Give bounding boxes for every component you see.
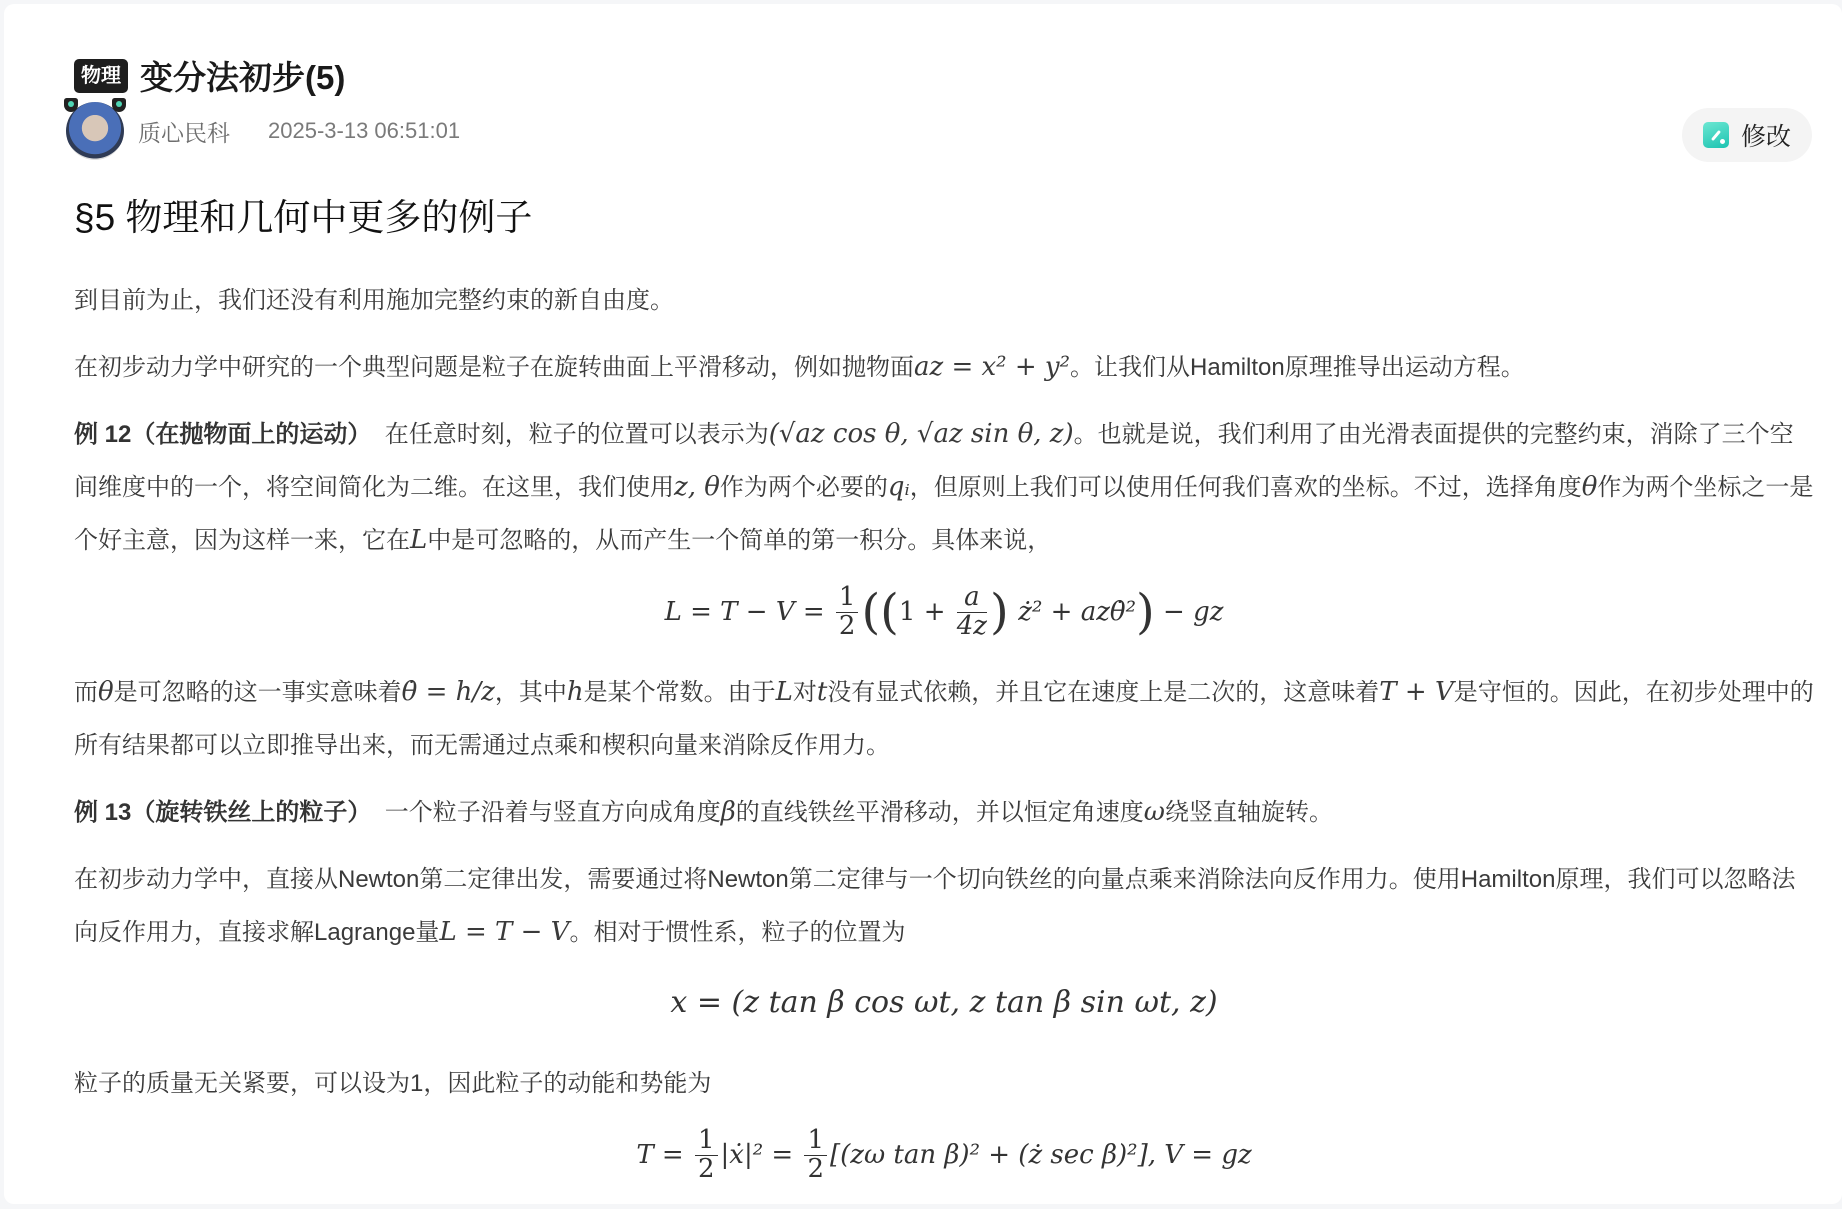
example-13: 例 13（旋转铁丝上的粒子） 一个粒子沿着与竖直方向成角度β的直线铁丝平滑移动，…: [74, 786, 1814, 839]
text: 绕竖直轴旋转。: [1165, 799, 1333, 826]
text: 没有显式依赖，并且它在速度上是二次的，这意味着: [827, 679, 1379, 706]
text: 是可忽略的这一事实意味着: [114, 679, 402, 706]
avatar-ear-icon: [112, 98, 126, 112]
math: 1 +: [899, 597, 954, 627]
denominator: 2: [836, 613, 859, 640]
paragraph: 到目前为止，我们还没有利用施加完整约束的新自由度。: [74, 274, 1814, 327]
fraction: 12: [836, 584, 859, 640]
text: 中是可忽略的，从而产生一个简单的第一积分。具体来说，: [427, 527, 1051, 554]
equation-position: x = (z tan β cos ωt, z tan β sin ωt, z): [74, 973, 1814, 1033]
text: 。相对于惯性系，粒子的位置为: [569, 919, 905, 946]
article-content: §5 物理和几何中更多的例子 到目前为止，我们还没有利用施加完整约束的新自由度。…: [74, 194, 1814, 1182]
author-name[interactable]: 质心民科: [138, 115, 230, 148]
numerator: 1: [695, 1127, 718, 1155]
text: 对: [793, 679, 817, 706]
avatar[interactable]: [66, 102, 124, 160]
equation-energy: T = 12|ẋ|² = 12[(zω tan β)² + (ż sec β)²…: [74, 1124, 1814, 1182]
text: 粒子的质量无关紧要，可以设为1，因此粒子的动能和势能为: [74, 1070, 711, 1097]
example-label: 例 13（旋转铁丝上的粒子）: [74, 799, 371, 826]
paragraph: 在初步动力学中，直接从Newton第二定律出发，需要通过将Newton第二定律与…: [74, 853, 1814, 959]
math-inline: L: [776, 677, 793, 707]
math: [(zω tan β)² + (ż sec β)²], V = gz: [830, 1140, 1252, 1170]
edit-pencil-icon: [1703, 122, 1729, 148]
paragraph: 在初步动力学中研究的一个典型问题是粒子在旋转曲面上平滑移动，例如抛物面az = …: [74, 341, 1814, 394]
math-inline: β: [721, 797, 736, 827]
math-inline: T + V: [1379, 677, 1453, 707]
text: 在初步动力学中研究的一个典型问题是粒子在旋转曲面上平滑移动，例如抛物面: [74, 354, 914, 381]
title-row: 物理 变分法初步(5): [74, 52, 345, 99]
fraction: a4z: [957, 584, 987, 640]
math-inline: θ: [98, 677, 114, 707]
paragraph: 粒子的质量无关紧要，可以设为1，因此粒子的动能和势能为: [74, 1057, 1814, 1110]
math-inline: θ: [1582, 472, 1598, 502]
avatar-ear-icon: [64, 98, 78, 112]
category-tag[interactable]: 物理: [74, 59, 128, 93]
publish-date: 2025-3-13 06:51:01: [268, 118, 460, 144]
math: T =: [636, 1140, 692, 1170]
fraction: 12: [804, 1127, 827, 1182]
edit-button-label: 修改: [1741, 117, 1791, 153]
math-inline: h: [567, 677, 584, 707]
article-card: 物理 变分法初步(5) 质心民科 2025-3-13 06:51:01 修改 §…: [4, 4, 1842, 1182]
text: 。让我们从Hamilton原理推导出运动方程。: [1070, 354, 1525, 381]
math-inline: t: [817, 677, 827, 707]
math-inline: L = T − V: [439, 917, 569, 947]
text: 在任意时刻，粒子的位置可以表示为: [385, 421, 769, 448]
math-inline: (√az cos θ, √az sin θ, z): [769, 419, 1074, 449]
math-inline: z, θ: [674, 472, 720, 502]
text: 一个粒子沿着与竖直方向成角度: [385, 799, 721, 826]
text: 是某个常数。由于: [584, 679, 776, 706]
math-inline: L: [410, 525, 427, 555]
numerator: 1: [836, 584, 859, 612]
math: |ẋ|² =: [721, 1140, 802, 1170]
denominator: 4z: [957, 613, 987, 640]
math-inline: ω: [1144, 797, 1165, 827]
text: ，但原则上我们可以使用任何我们喜欢的坐标。不过，选择角度: [910, 474, 1582, 501]
denominator: 2: [804, 1156, 827, 1183]
numerator: a: [957, 584, 987, 612]
equation-lagrangian: L = T − V = 12((1 + a4z) ż² + azθ̇²) − g…: [74, 581, 1814, 642]
paragraph: 而θ是可忽略的这一事实意味着θ̇ = h/z，其中h是某个常数。由于L对t没有显…: [74, 666, 1814, 772]
math-inline: qᵢ: [888, 472, 910, 502]
math-inline: az = x² + y²: [914, 352, 1070, 382]
section-heading: §5 物理和几何中更多的例子: [74, 194, 1814, 242]
example-12: 例 12（在抛物面上的运动） 在任意时刻，粒子的位置可以表示为(√az cos …: [74, 408, 1814, 567]
fraction: 12: [695, 1127, 718, 1182]
math-inline: θ̇ = h/z: [402, 677, 495, 707]
example-label: 例 12（在抛物面上的运动）: [74, 421, 371, 448]
text: 在初步动力学中，直接从Newton第二定律出发，需要通过将Newton第二定律与…: [74, 866, 1795, 946]
text: 而: [74, 679, 98, 706]
denominator: 2: [695, 1156, 718, 1183]
article-meta: 质心民科 2025-3-13 06:51:01: [66, 102, 460, 160]
text: ，其中: [495, 679, 567, 706]
text: 作为两个必要的: [720, 474, 888, 501]
math: − gz: [1155, 597, 1224, 627]
edit-button[interactable]: 修改: [1682, 108, 1812, 162]
math: L = T − V =: [665, 597, 833, 627]
math: ż² + azθ̇²: [1018, 597, 1136, 627]
text: 的直线铁丝平滑移动，并以恒定角速度: [736, 799, 1144, 826]
numerator: 1: [804, 1127, 827, 1155]
text: 到目前为止，我们还没有利用施加完整约束的新自由度。: [74, 287, 674, 314]
page-title: 变分法初步(5): [140, 52, 345, 99]
